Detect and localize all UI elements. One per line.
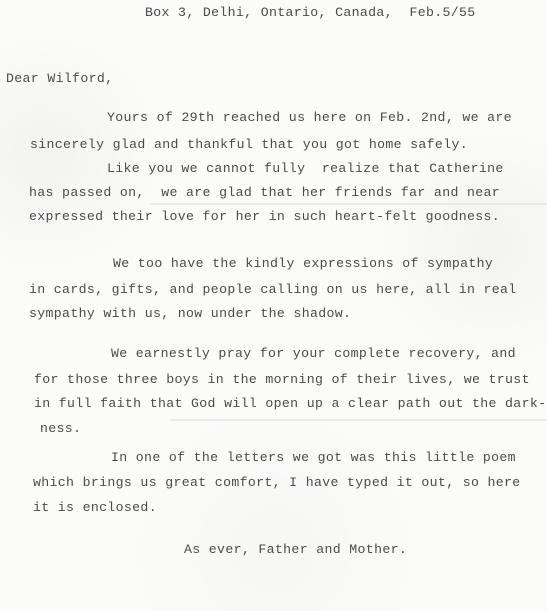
paragraph-line: for those three boys in the morning of t… [34, 372, 530, 388]
scan-streak [150, 203, 547, 205]
scan-streak [170, 419, 547, 421]
paragraph-line: Like you we cannot fully realize that Ca… [107, 161, 504, 177]
paragraph-line: Yours of 29th reached us here on Feb. 2n… [107, 110, 512, 126]
paragraph-line: ness. [40, 421, 81, 437]
paragraph-line: We too have the kindly expressions of sy… [113, 256, 493, 272]
paragraph-line: in cards, gifts, and people calling on u… [29, 282, 517, 298]
salutation: Dear Wilford, [6, 71, 113, 87]
closing-signature: As ever, Father and Mother. [184, 542, 407, 558]
letter-heading: Box 3, Delhi, Ontario, Canada, Feb.5/55 [145, 5, 476, 21]
paragraph-line: In one of the letters we got was this li… [111, 450, 516, 466]
paragraph-line: expressed their love for her in such hea… [29, 209, 500, 225]
paragraph-line: We earnestly pray for your complete reco… [111, 346, 516, 362]
paragraph-line: sincerely glad and thankful that you got… [30, 137, 468, 153]
paragraph-line: which brings us great comfort, I have ty… [33, 475, 521, 491]
paragraph-line: it is enclosed. [33, 500, 157, 516]
paragraph-line: sympathy with us, now under the shadow. [29, 306, 351, 322]
paragraph-line: in full faith that God will open up a cl… [34, 396, 546, 412]
letter-page: Box 3, Delhi, Ontario, Canada, Feb.5/55 … [0, 0, 547, 611]
paragraph-line: has passed on, we are glad that her frie… [29, 185, 500, 201]
